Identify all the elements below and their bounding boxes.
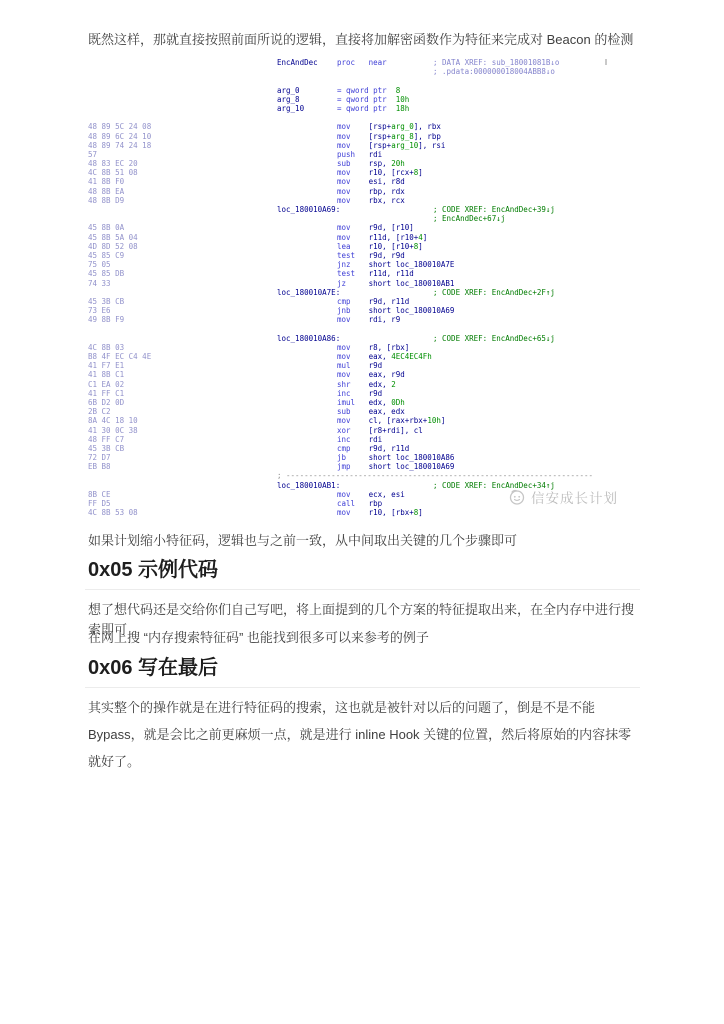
section-06-paragraph-1: 其实整个的操作就是在进行特征码的搜索，这也就是被针对以后的问题了，倒是不是不能 … [88, 694, 644, 775]
asm-label: EncAndDec [277, 58, 318, 67]
asm-line: 45 8B 5A 04mov r11d, [r10+4] [88, 233, 637, 242]
asm-instruction: mov eax, 4EC4EC4Fh [337, 352, 432, 361]
asm-line: 48 89 5C 24 08mov [rsp+arg_0], rbx [88, 122, 637, 131]
asm-instruction: mov r8, [rbx] [337, 343, 409, 352]
asm-line: C1 EA 02shr edx, 2 [88, 380, 637, 389]
asm-label: loc_180010A69: [277, 205, 340, 214]
asm-line: 75 05jnz short loc_180010A7E [88, 260, 637, 269]
asm-line: 48 FF C7inc rdi [88, 435, 637, 444]
asm-xref-comment: ; DATA XREF: sub_18001081B↓o [433, 58, 559, 67]
asm-instruction: mov r9d, [r10] [337, 223, 414, 232]
asm-label: loc_180010AB1: [277, 481, 340, 490]
asm-instruction: = qword ptr 18h [337, 104, 409, 113]
asm-bytes: 4D 8D 52 08 [88, 242, 138, 251]
asm-label: arg_10 [277, 104, 304, 113]
asm-bytes: 48 8B D9 [88, 196, 124, 205]
asm-instruction: mov [rsp+arg_10], rsi [337, 141, 445, 150]
asm-line: 6B D2 0Dimul edx, 0Dh [88, 398, 637, 407]
asm-line: 72 D7jb short loc_180010A86 [88, 453, 637, 462]
asm-label: loc_180010A7E: [277, 288, 340, 297]
asm-line: 48 89 74 24 18mov [rsp+arg_10], rsi [88, 141, 637, 150]
asm-instruction: mov r10, [rcx+8] [337, 168, 423, 177]
asm-line: 8A 4C 18 10mov cl, [rax+rbx+10h] [88, 416, 637, 425]
asm-line: 74 33jz short loc_180010AB1 [88, 279, 637, 288]
asm-instruction: test r11d, r11d [337, 269, 414, 278]
asm-instruction: mul r9d [337, 361, 382, 370]
asm-bytes: 48 89 5C 24 08 [88, 122, 151, 131]
asm-instruction: jnb short loc_180010A69 [337, 306, 454, 315]
asm-label: arg_0 [277, 86, 300, 95]
asm-bytes: 45 85 C9 [88, 251, 124, 260]
section-05-heading: 0x05 示例代码 [85, 558, 640, 590]
asm-line: loc_180010A69:; CODE XREF: EncAndDec+39↓… [88, 205, 637, 214]
asm-bytes: 41 8B C1 [88, 370, 124, 379]
asm-line: ; .pdata:000000018004ABB8↓o [88, 67, 637, 76]
asm-line: ; EncAndDec+67↓j [88, 214, 637, 223]
asm-bytes: 57 [88, 150, 97, 159]
watermark-text: 信安成长计划 [531, 487, 618, 507]
asm-bytes: 45 8B 5A 04 [88, 233, 138, 242]
asm-instruction: mov rbx, rcx [337, 196, 405, 205]
asm-line: 48 89 6C 24 10mov [rsp+arg_8], rbp [88, 132, 637, 141]
asm-bytes: 48 89 74 24 18 [88, 141, 151, 150]
asm-line: 45 8B 0Amov r9d, [r10] [88, 223, 637, 232]
asm-xref-comment: ; CODE XREF: EncAndDec+65↓j [433, 334, 555, 343]
asm-bytes: C1 EA 02 [88, 380, 124, 389]
asm-line: 4C 8B 51 08mov r10, [rcx+8] [88, 168, 637, 177]
asm-instruction: imul edx, 0Dh [337, 398, 405, 407]
asm-bytes: B8 4F EC C4 4E [88, 352, 151, 361]
asm-bytes: 41 F7 E1 [88, 361, 124, 370]
asm-line: 2B C2sub eax, edx [88, 407, 637, 416]
asm-line: 48 83 EC 20sub rsp, 20h [88, 159, 637, 168]
asm-bytes: 8A 4C 18 10 [88, 416, 138, 425]
asm-bytes: 72 D7 [88, 453, 111, 462]
asm-instruction: call rbp [337, 499, 382, 508]
asm-instruction: jmp short loc_180010A69 [337, 462, 454, 471]
asm-line: 4C 8B 03mov r8, [rbx] [88, 343, 637, 352]
asm-line: 73 E6jnb short loc_180010A69 [88, 306, 637, 315]
asm-bytes: 49 8B F9 [88, 315, 124, 324]
asm-line: loc_180010A86:; CODE XREF: EncAndDec+65↓… [88, 334, 637, 343]
asm-bytes: 41 FF C1 [88, 389, 124, 398]
asm-separator: ; --------------------------------------… [277, 471, 593, 480]
asm-instruction: test r9d, r9d [337, 251, 405, 260]
asm-instruction: mov r11d, [r10+4] [337, 233, 427, 242]
asm-bytes: 4C 8B 53 08 [88, 508, 138, 517]
asm-line: 45 85 C9test r9d, r9d [88, 251, 637, 260]
asm-line: 49 8B F9mov rdi, r9 [88, 315, 637, 324]
asm-bytes: 41 8B F0 [88, 177, 124, 186]
asm-bytes: 48 83 EC 20 [88, 159, 138, 168]
asm-line: 45 3B CBcmp r9d, r11d [88, 444, 637, 453]
asm-line: 41 8B F0mov esi, r8d [88, 177, 637, 186]
asm-instruction: inc rdi [337, 435, 382, 444]
asm-instruction: mov ecx, esi [337, 490, 405, 499]
asm-line: 41 F7 E1mul r9d [88, 361, 637, 370]
asm-instruction: jnz short loc_180010A7E [337, 260, 454, 269]
asm-instruction: inc r9d [337, 389, 382, 398]
asm-line: 41 30 0C 38xor [r8+rdi], cl [88, 426, 637, 435]
asm-instruction: mov [rsp+arg_8], rbp [337, 132, 441, 141]
asm-line: 41 8B C1mov eax, r9d [88, 370, 637, 379]
asm-bytes: 48 8B EA [88, 187, 124, 196]
asm-line [88, 324, 637, 333]
asm-bytes: 2B C2 [88, 407, 111, 416]
asm-line: 4C 8B 53 08mov r10, [rbx+8] [88, 508, 637, 517]
asm-line: B8 4F EC C4 4Emov eax, 4EC4EC4Fh [88, 352, 637, 361]
asm-bytes: 6B D2 0D [88, 398, 124, 407]
asm-line [88, 76, 637, 85]
asm-bytes: 74 33 [88, 279, 111, 288]
asm-bytes: 45 3B CB [88, 444, 124, 453]
scrollbar-tick [605, 59, 607, 65]
asm-line: EncAndDecproc near; DATA XREF: sub_18001… [88, 58, 637, 67]
asm-instruction: mov esi, r8d [337, 177, 405, 186]
asm-line: EB B8jmp short loc_180010A69 [88, 462, 637, 471]
asm-instruction: mov rbp, rdx [337, 187, 405, 196]
asm-line: 48 8B D9mov rbx, rcx [88, 196, 637, 205]
asm-line: ; --------------------------------------… [88, 471, 637, 480]
asm-line [88, 113, 637, 122]
asm-line: arg_0= qword ptr 8 [88, 86, 637, 95]
asm-instruction: mov r10, [rbx+8] [337, 508, 423, 517]
asm-line: 45 3B CBcmp r9d, r11d [88, 297, 637, 306]
asm-instruction: cmp r9d, r11d [337, 297, 409, 306]
asm-instruction: sub eax, edx [337, 407, 405, 416]
asm-instruction: mov eax, r9d [337, 370, 405, 379]
asm-line: arg_8= qword ptr 10h [88, 95, 637, 104]
asm-instruction: proc near [337, 58, 387, 67]
asm-instruction: mov cl, [rax+rbx+10h] [337, 416, 445, 425]
asm-line: loc_180010A7E:; CODE XREF: EncAndDec+2F↑… [88, 288, 637, 297]
asm-xref-comment: ; CODE XREF: EncAndDec+2F↑j [433, 288, 555, 297]
asm-xref-comment: ; EncAndDec+67↓j [433, 214, 505, 223]
section-06-heading: 0x06 写在最后 [85, 656, 640, 688]
asm-xref-comment: ; .pdata:000000018004ABB8↓o [433, 67, 555, 76]
asm-line: 41 FF C1inc r9d [88, 389, 637, 398]
asm-instruction: jb short loc_180010A86 [337, 453, 454, 462]
asm-bytes: 73 E6 [88, 306, 111, 315]
asm-label: loc_180010A86: [277, 334, 340, 343]
asm-instruction: mov [rsp+arg_0], rbx [337, 122, 441, 131]
asm-bytes: FF D5 [88, 499, 111, 508]
asm-instruction: xor [r8+rdi], cl [337, 426, 423, 435]
asm-instruction: sub rsp, 20h [337, 159, 405, 168]
asm-bytes: 48 FF C7 [88, 435, 124, 444]
intro-paragraph: 既然这样，那就直接按照前面所说的逻辑，直接将加解密函数作为特征来完成对 Beac… [88, 30, 644, 50]
asm-line: 45 85 DBtest r11d, r11d [88, 269, 637, 278]
asm-instruction: jz short loc_180010AB1 [337, 279, 454, 288]
after-code-paragraph: 如果计划缩小特征码，逻辑也与之前一致，从中间取出关键的几个步骤即可 [88, 531, 644, 551]
asm-instruction: cmp r9d, r11d [337, 444, 409, 453]
asm-instruction: shr edx, 2 [337, 380, 396, 389]
asm-instruction: push rdi [337, 150, 382, 159]
asm-bytes: 45 3B CB [88, 297, 124, 306]
asm-bytes: 8B CE [88, 490, 111, 499]
asm-line: 4D 8D 52 08lea r10, [r10+8] [88, 242, 637, 251]
section-05-paragraph-2: 在网上搜 “内存搜索特征码” 也能找到很多可以来参考的例子 [88, 628, 644, 648]
asm-instruction: lea r10, [r10+8] [337, 242, 423, 251]
smiley-logo-icon [508, 488, 526, 506]
asm-line: arg_10= qword ptr 18h [88, 104, 637, 113]
asm-bytes: 45 85 DB [88, 269, 124, 278]
asm-bytes: 48 89 6C 24 10 [88, 132, 151, 141]
asm-label: arg_8 [277, 95, 300, 104]
asm-line: 48 8B EAmov rbp, rdx [88, 187, 637, 196]
watermark: 信安成长计划 [508, 487, 618, 507]
disassembly-listing: EncAndDecproc near; DATA XREF: sub_18001… [88, 58, 637, 524]
asm-bytes: EB B8 [88, 462, 111, 471]
asm-bytes: 45 8B 0A [88, 223, 124, 232]
asm-bytes: 4C 8B 51 08 [88, 168, 138, 177]
asm-bytes: 4C 8B 03 [88, 343, 124, 352]
asm-bytes: 75 05 [88, 260, 111, 269]
asm-instruction: mov rdi, r9 [337, 315, 400, 324]
asm-xref-comment: ; CODE XREF: EncAndDec+39↓j [433, 205, 555, 214]
asm-bytes: 41 30 0C 38 [88, 426, 138, 435]
asm-instruction: = qword ptr 8 [337, 86, 400, 95]
asm-instruction: = qword ptr 10h [337, 95, 409, 104]
asm-line: 57push rdi [88, 150, 637, 159]
